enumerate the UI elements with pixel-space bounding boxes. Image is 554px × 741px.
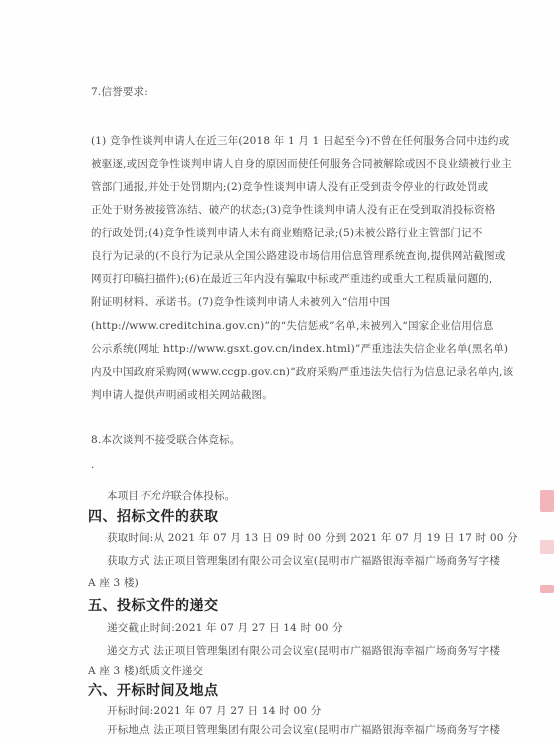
section7-line: 管部门通报,并处于处罚期内;(2)竞争性谈判申请人没有正受到责令停业的行政处罚或	[91, 179, 488, 194]
consortium-prefix: 本项目	[107, 490, 139, 502]
section7-line: 附证明材料、承诺书。(7)竞争性谈判申请人未被列入“信用中国	[91, 294, 390, 309]
section7-line: 被驱逐,或因竞争性谈判申请人自身的原因而使任何服务合同被解除或因不良业绩被行业主	[91, 156, 512, 171]
section7-line: (1) 竞争性谈判申请人在近三年(2018 年 1 月 1 日起至今)不曾在任何…	[91, 133, 509, 148]
handwritten-annotation: 不允许	[139, 490, 171, 502]
section4-method-cont: A 座 3 楼)	[88, 575, 139, 590]
document-page: 7.信誉要求: (1) 竞争性谈判申请人在近三年(2018 年 1 月 1 日起…	[0, 0, 554, 741]
section7-line: 判申请人提供声明函或相关网站截图。	[91, 387, 273, 402]
section4-heading: 四、招标文件的获取	[88, 506, 219, 526]
consortium-line: 本项目不允许联合体投标。	[107, 488, 235, 503]
dot-mark: ·	[91, 462, 95, 474]
section6-heading: 六、开标时间及地点	[88, 680, 219, 700]
section5-method-cont: A 座 3 楼)纸质文件递交	[88, 663, 203, 678]
section6-place: 开标地点 法正项目管理集团有限公司会议室(昆明市广福路银海幸福广场商务写字楼	[107, 722, 500, 737]
section7-line: 内及中国政府采购网(www.ccgp.gov.cn)“政府采购严重违法失信行为信…	[91, 364, 513, 379]
section7-line: 良行为记录的(不良行为记录从全国公路建设市场信用信息管理系统查询,提供网站截图或	[91, 248, 505, 263]
section7-line: 的行政处罚;(4)竞争性谈判申请人未有商业贿赂记录;(5)未被公路行业主管部门记…	[91, 225, 483, 240]
section7-line: 网页打印稿扫描件);(6)在最近三年内没有骗取中标或严重违约或重大工程质量问题的…	[91, 271, 493, 286]
section6-time: 开标时间:2021 年 07 月 27 日 14 时 00 分	[107, 703, 321, 718]
section5-heading: 五、投标文件的递交	[88, 595, 219, 615]
seal-stamp-mark	[540, 540, 554, 554]
section7-line: 正处于财务被接管冻结、破产的状态;(3)竞争性谈判申请人没有正在受到取消投标资格	[91, 202, 495, 217]
section8-title: 8.本次谈判不接受联合体竞标。	[91, 432, 241, 447]
section5-method: 递交方式 法正项目管理集团有限公司会议室(昆明市广福路银海幸福广场商务写字楼	[107, 643, 500, 658]
seal-stamp-mark	[540, 585, 554, 593]
section5-deadline: 递交截止时间:2021 年 07 月 27 日 14 时 00 分	[107, 620, 343, 635]
consortium-suffix: 联合体投标。	[171, 490, 235, 502]
section7-title: 7.信誉要求:	[91, 84, 148, 99]
section4-time: 获取时间:从 2021 年 07 月 13 日 09 时 00 分到 2021 …	[107, 530, 518, 545]
section4-method: 获取方式 法正项目管理集团有限公司会议室(昆明市广福路银海幸福广场商务写字楼	[107, 553, 500, 568]
section7-line: (http://www.creditchina.gov.cn)”的“失信惩戒”名…	[91, 318, 494, 333]
section7-line: 公示系统(网址 http://www.gsxt.gov.cn/index.htm…	[91, 341, 508, 356]
seal-stamp-mark	[540, 490, 554, 512]
